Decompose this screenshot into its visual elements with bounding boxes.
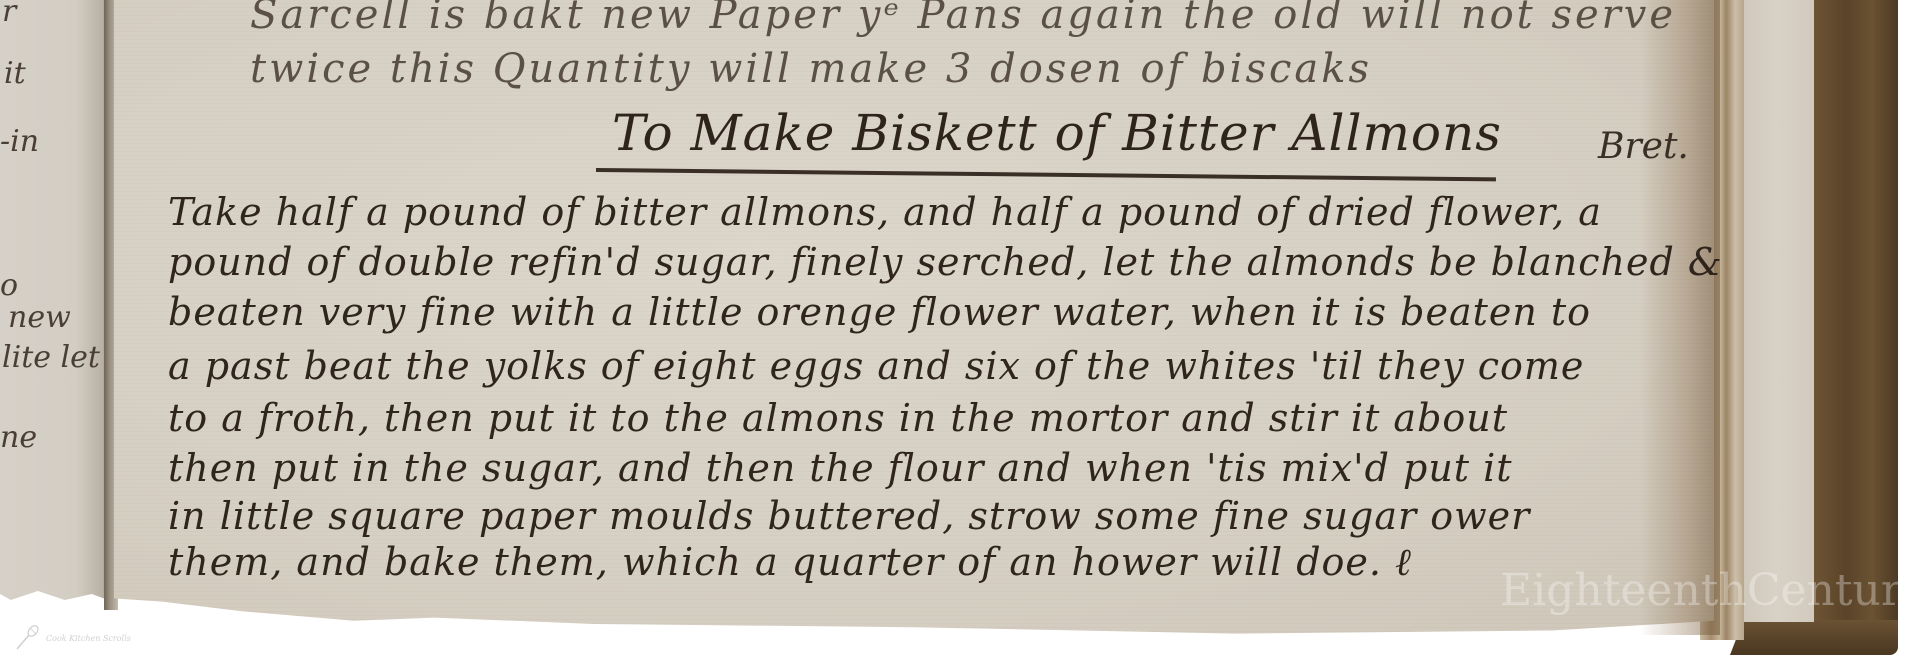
- margin-fragment: lite let: [2, 340, 100, 375]
- margin-fragment: r: [2, 0, 16, 29]
- previous-recipe-line: twice this Quantity will make 3 dosen of…: [250, 46, 1372, 92]
- page-edge-stain: [1640, 0, 1720, 635]
- whisk-icon: [14, 625, 40, 651]
- margin-fragment: new: [8, 300, 71, 335]
- margin-fragment: it: [4, 56, 26, 91]
- margin-fragment: ne: [0, 420, 37, 455]
- site-logo: Cook Kitchen Scrolls: [14, 625, 131, 651]
- recipe-title: To Make Biskett of Bitter Allmons: [612, 104, 1502, 162]
- recipe-line: pound of double refin'd sugar, finely se…: [168, 240, 1723, 284]
- recipe-line: beaten very fine with a little orenge fl…: [168, 290, 1591, 334]
- recipe-line: in little square paper moulds buttered, …: [168, 494, 1530, 538]
- recipe-line: Take half a pound of bitter allmons, and…: [168, 190, 1602, 234]
- endpaper: [1740, 0, 1814, 622]
- logo-text: Cook Kitchen Scrolls: [46, 634, 131, 643]
- recipe-line: then put in the sugar, and then the flou…: [168, 446, 1513, 490]
- side-note: Bret.: [1598, 126, 1689, 167]
- recipe-line: a past beat the yolks of eight eggs and …: [168, 344, 1584, 388]
- margin-fragment: -in: [0, 124, 39, 159]
- book-cover: [1812, 0, 1898, 655]
- recipe-line: them, and bake them, which a quarter of …: [168, 540, 1412, 585]
- recipe-line: to a froth, then put it to the almons in…: [168, 396, 1508, 440]
- previous-recipe-line: Sarcell is bakt new Paper yᵉ Pans again …: [250, 0, 1676, 38]
- manuscript-photo: r it -in o new lite let ne Sarcell is ba…: [0, 0, 1920, 664]
- watermark: EighteenthCenturyScrolls.org: [1500, 565, 1920, 616]
- book-cover-corner: [1730, 620, 1898, 655]
- margin-fragment: o: [0, 268, 18, 303]
